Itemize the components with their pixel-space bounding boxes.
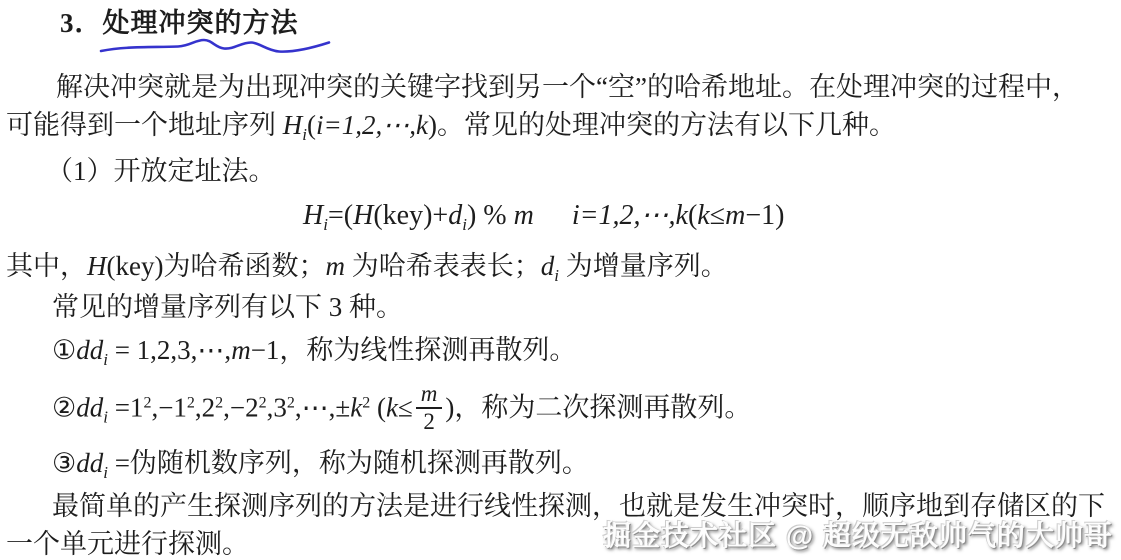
text-run: −1，称为线性探测再散列。 bbox=[251, 335, 577, 365]
section-title: 3．处理冲突的方法 bbox=[60, 6, 299, 40]
math-k: k bbox=[676, 200, 688, 231]
paragraph-common: 常见的增量序列有以下 3 种。 bbox=[52, 290, 403, 324]
math-le: ≤ bbox=[398, 392, 413, 422]
text-run: ( bbox=[307, 110, 316, 140]
text-run: ,−1 bbox=[151, 392, 186, 422]
paragraph-intro-line1: 解决冲突就是为出现冲突的关键字找到另一个“空”的哈希地址。在处理冲突的过程中， bbox=[56, 70, 1079, 104]
math-i: i bbox=[316, 110, 324, 140]
math-k: k bbox=[386, 392, 398, 422]
text-run: =( bbox=[328, 200, 353, 231]
fraction-numerator: m bbox=[416, 382, 443, 406]
math-H: H bbox=[87, 251, 107, 281]
paragraph-final-line2: 一个单元进行探测。 bbox=[6, 527, 249, 560]
text-run: 为哈希表表长； bbox=[345, 251, 541, 281]
math-m: m bbox=[325, 251, 345, 281]
watermark: 掘金技术社区 @ 超级无敌帅气的大帅哥 bbox=[603, 514, 1113, 554]
list-item-quadratic-probing: ②ddi =12,−12,22,−22,32,⋯,±k2 (k≤m2)，称为二次… bbox=[52, 384, 751, 436]
math-d: d bbox=[76, 448, 90, 478]
text-run: ,3 bbox=[267, 392, 287, 422]
math-i: i bbox=[572, 200, 580, 231]
math-k: k bbox=[350, 392, 362, 422]
math-d: d bbox=[76, 335, 90, 365]
math-k: k bbox=[416, 110, 428, 140]
text-run: (key)+ bbox=[373, 200, 448, 231]
text-run: =1 bbox=[108, 392, 143, 422]
math-squared: 2 bbox=[187, 394, 195, 411]
text-run: ( bbox=[370, 392, 386, 422]
document-page: 3．处理冲突的方法 解决冲突就是为出现冲突的关键字找到另一个“空”的哈希地址。在… bbox=[0, 0, 1121, 560]
list-item-random-probing: ③ddi =伪随机数序列，称为随机探测再散列。 bbox=[52, 446, 589, 490]
math-m: m bbox=[514, 200, 534, 231]
text-run: =1,2,⋯, bbox=[580, 200, 676, 231]
math-m: m bbox=[725, 200, 745, 231]
paragraph-where: 其中，H(key)为哈希函数；m 为哈希表表长；di 为增量序列。 bbox=[6, 249, 728, 293]
text-run: ,⋯,± bbox=[295, 392, 350, 422]
text-run: )，称为二次探测再散列。 bbox=[445, 392, 751, 422]
list-item-linear-probing: ①ddi = 1,2,3,⋯,m−1，称为线性探测再散列。 bbox=[52, 333, 576, 377]
fraction-m-over-2: m2 bbox=[416, 382, 443, 434]
text-run: 可能得到一个地址序列 bbox=[6, 110, 283, 140]
text-run: −1) bbox=[745, 200, 784, 231]
text-run: ( bbox=[688, 200, 697, 231]
wavy-underline-icon bbox=[98, 36, 334, 56]
math-squared: 2 bbox=[215, 394, 223, 411]
text-run: ) % bbox=[467, 200, 514, 231]
circled-2-bullet: ② bbox=[52, 392, 76, 422]
math-d: d bbox=[541, 251, 555, 281]
math-d: d bbox=[90, 335, 104, 365]
text-run: ,2 bbox=[195, 392, 215, 422]
text-run: 其中， bbox=[6, 251, 87, 281]
math-k: k bbox=[697, 200, 709, 231]
paragraph-intro-line2: 可能得到一个地址序列 Hi(i=1,2,⋯,k)。常见的处理冲突的方法有以下几种… bbox=[6, 108, 896, 152]
math-m: m bbox=[231, 335, 251, 365]
math-le: ≤ bbox=[710, 200, 725, 231]
text-run: ) bbox=[428, 110, 437, 140]
text-run: =1,2,⋯, bbox=[324, 110, 416, 140]
text-run: (key)为哈希函数； bbox=[107, 251, 326, 281]
math-H: H bbox=[283, 110, 303, 140]
circled-1-bullet: ① bbox=[52, 335, 76, 365]
text-run: =伪随机数序列，称为随机探测再散列。 bbox=[108, 448, 589, 478]
math-d: d bbox=[90, 448, 104, 478]
hash-formula: Hi=(H(key)+di) % mi=1,2,⋯,k(k≤m−1) bbox=[303, 199, 784, 242]
math-H: H bbox=[303, 200, 323, 231]
text-run: 为增量序列。 bbox=[559, 251, 728, 281]
circled-3-bullet: ③ bbox=[52, 448, 76, 478]
math-squared: 2 bbox=[287, 394, 295, 411]
math-d: d bbox=[90, 392, 104, 422]
open-addressing-heading: （1）开放定址法。 bbox=[46, 154, 276, 188]
section-number: 3． bbox=[60, 8, 103, 38]
math-H: H bbox=[353, 200, 373, 231]
fraction-denominator: 2 bbox=[418, 410, 440, 434]
text-run: ,−2 bbox=[223, 392, 258, 422]
math-squared: 2 bbox=[259, 394, 267, 411]
math-d: d bbox=[76, 392, 90, 422]
text-run: = 1,2,3,⋯, bbox=[108, 335, 231, 365]
text-run: 。常见的处理冲突的方法有以下几种。 bbox=[437, 110, 896, 140]
math-d: d bbox=[448, 200, 462, 231]
section-title-text: 处理冲突的方法 bbox=[103, 8, 299, 38]
